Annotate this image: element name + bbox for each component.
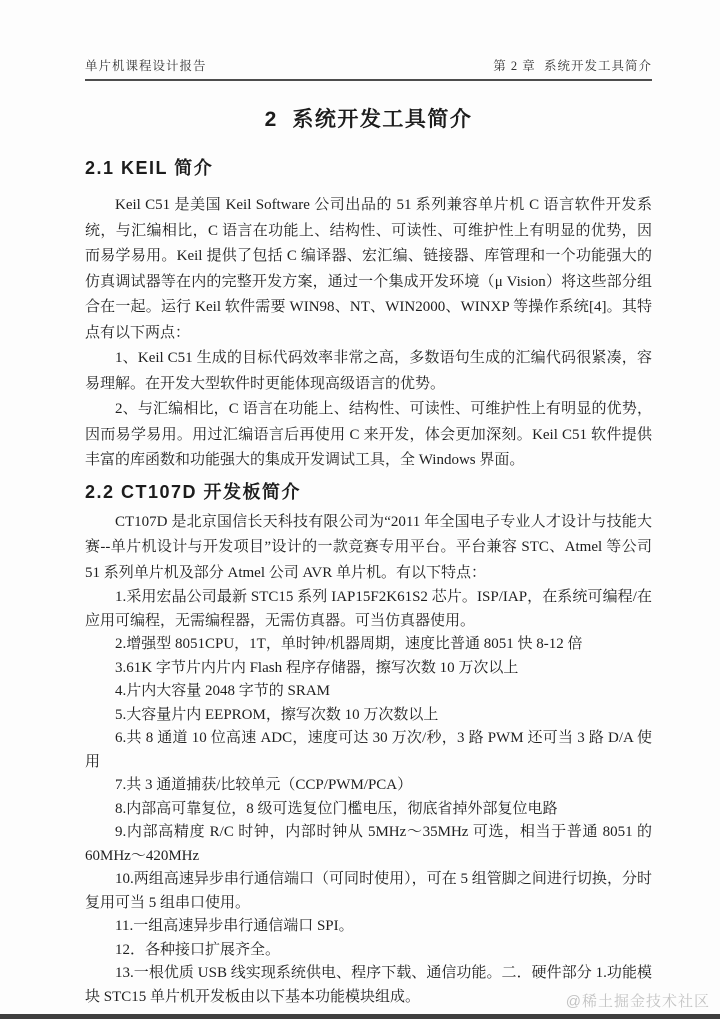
keil-intro-paragraph: Keil C51 是美国 Keil Software 公司出品的 51 系列兼容… — [85, 193, 652, 346]
watermark: @稀土掘金技术社区 — [566, 990, 710, 1011]
chapter-title: 2 系统开发工具简介 — [85, 103, 652, 133]
feature-item-4: 4.片内大容量 2048 字节的 SRAM — [85, 680, 652, 704]
feature-item-11: 11.一组高速异步串行通信端口 SPI。 — [85, 915, 652, 939]
feature-item-10: 10.两组高速异步串行通信端口（可同时使用），可在 5 组管脚之间进行切换，分时… — [85, 868, 652, 915]
header-right-text: 第 2 章 系统开发工具简介 — [493, 56, 652, 74]
feature-item-8: 8.内部高可靠复位，8 级可选复位门檻电压，彻底省掉外部复位电路 — [85, 798, 652, 822]
feature-item-7: 7.共 3 通道捕获/比较单元（CCP/PWM/PCA） — [85, 774, 652, 798]
keil-point-2: 2、与汇编相比，C 语言在功能上、结构性、可读性、可维护性上有明显的优势，因而易… — [85, 397, 652, 474]
section-heading-keil: 2.1 KEIL 简介 — [85, 154, 652, 180]
feature-item-2: 2.增强型 8051CPU，1T，单时钟/机器周期，速度比普通 8051 快 8… — [85, 633, 652, 657]
feature-item-6: 6.共 8 通道 10 位高速 ADC，速度可达 30 万次/秒，3 路 PWM… — [85, 727, 652, 774]
document-page: 单片机课程设计报告 第 2 章 系统开发工具简介 2 系统开发工具简介 2.1 … — [0, 0, 720, 1019]
section-heading-ct107d: 2.2 CT107D 开发板简介 — [85, 478, 652, 504]
bottom-edge-bar — [0, 1014, 720, 1019]
keil-point-1: 1、Keil C51 生成的目标代码效率非常之高，多数语句生成的汇编代码很紧凑，… — [85, 346, 652, 397]
feature-item-5: 5.大容量片内 EEPROM，擦写次数 10 万次数以上 — [85, 704, 652, 728]
feature-item-3: 3.61K 字节片内片内 Flash 程序存储器，擦写次数 10 万次以上 — [85, 657, 652, 681]
ct107d-intro-paragraph: CT107D 是北京国信长天科技有限公司为“2011 年全国电子专业人才设计与技… — [85, 510, 652, 587]
feature-item-1: 1.采用宏晶公司最新 STC15 系列 IAP15F2K61S2 芯片。ISP/… — [85, 586, 652, 633]
running-header: 单片机课程设计报告 第 2 章 系统开发工具简介 — [85, 0, 652, 81]
header-left-text: 单片机课程设计报告 — [85, 56, 207, 74]
feature-item-9: 9.内部高精度 R/C 时钟，内部时钟从 5MHz～35MHz 可选，相当于普通… — [85, 821, 652, 868]
feature-item-12: 12．各种接口扩展齐全。 — [85, 939, 652, 963]
